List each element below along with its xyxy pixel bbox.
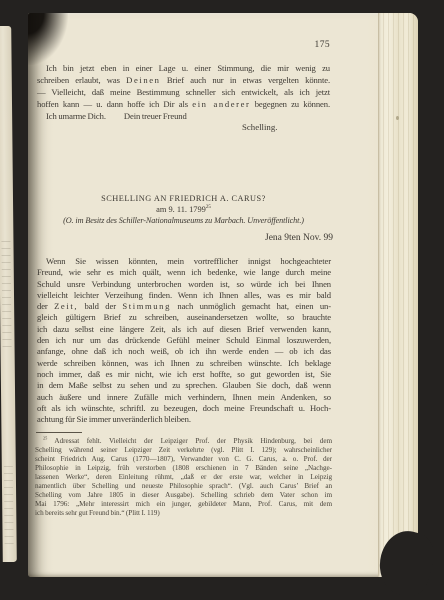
text-line: gleich gültigern Brief zu schreiben, aus… (37, 312, 331, 323)
text-line: den ich nur um das drückende Gefühl mein… (37, 335, 331, 346)
text-line: lassenen Werke“, deren Einleitung rühmt,… (35, 473, 332, 482)
text-segment: der (37, 301, 54, 311)
text-line: 25 Adressat fehlt. Vielleicht der Leipzi… (35, 437, 332, 446)
text-line: Ich bin jetzt eben in einer Lage u. eine… (37, 63, 330, 75)
text-segment: werde schreiben können, was ich Ihnen zu… (37, 358, 331, 368)
letter-body: Wenn Sie wissen könnten, mein vortreffli… (37, 256, 331, 425)
text-segment: ich dazu selbst eine längere Zeit, als i… (37, 324, 331, 334)
text-line: werde schreiben können, was ich Ihnen zu… (37, 358, 331, 369)
letter-heading: SCHELLING AN FRIEDRICH A. CARUS? am 9. 1… (37, 193, 330, 226)
text-line: Ich umarme Dich.Dein treuer Freund (37, 111, 330, 123)
text-line: der Zeit, bald der Stimmung nach unmögli… (37, 301, 331, 312)
text-line: Wenn Sie wissen könnten, mein vortreffli… (37, 256, 331, 267)
text-segment: gleich gültigern Brief zu schreiben, aus… (37, 312, 331, 322)
text-segment: Schuld unsre Verbindung unterbrochen wor… (37, 279, 331, 289)
letterspaced-text: Stimmung (122, 301, 171, 311)
letter-date-text: am 9. 11. 1799 (156, 205, 206, 214)
footnote-rule (36, 432, 82, 433)
text-segment: vielleicht leichter Verzeihung finden. W… (37, 290, 331, 300)
dateline: Jena 9ten Nov. 99 (37, 233, 333, 243)
text-line: ich bereits sehr gut Freund bin.“ (Plitt… (35, 509, 332, 518)
text-line: in dem Maße selbst zu sehen und zu sprec… (37, 380, 331, 391)
letter-title: SCHELLING AN FRIEDRICH A. CARUS? (37, 193, 330, 204)
text-segment: Wenn Sie wissen könnten, mein vortreffli… (46, 256, 331, 266)
text-line: hoffen kann — u. dann hoffe ich Dir als … (37, 99, 330, 111)
text-line: Schelling während seiner Leipziger Zeit … (35, 446, 332, 455)
text-segment: Schelling vom Jahre 1805 in dieser Ausga… (35, 491, 332, 499)
provenance-note: (O. im Besitz des Schiller-Nationalmuseu… (37, 215, 330, 226)
signature: Schelling. (242, 122, 277, 132)
page-fore-edge (378, 13, 418, 577)
text-segment: Ich bin jetzt eben in einer Lage u. eine… (46, 63, 330, 73)
facing-page-edge (0, 26, 17, 562)
letterspaced-text: ein anderer (192, 99, 250, 109)
letterspaced-text: Deinen (126, 75, 160, 85)
text-segment: ich bereits sehr gut Freund bin.“ (Plitt… (35, 509, 160, 517)
text-segment: Adressat fehlt. Vielleicht der Leipziger… (47, 437, 332, 445)
text-segment: lassenen Werke“, deren Einleitung rühmt,… (35, 473, 332, 481)
text-segment: — Vielleicht, daß meine Bestimmung schne… (37, 87, 330, 97)
text-segment: anfange, ohne daß ich noch weiß, ob ich … (37, 346, 331, 356)
text-line: schreiben erlaubt, was Deinen Brief auch… (37, 75, 330, 87)
text-line: Philosophie in Leipzig, früh verstorben … (35, 464, 332, 473)
ghost-text (4, 466, 14, 546)
text-segment: noch immer, daß es mir nicht, wie ich er… (37, 369, 331, 379)
text-line: Freund, wie sehr es mich quält, wenn ich… (37, 267, 331, 278)
text-segment: scheint Friedrich Aug. Carus (1770—1807)… (35, 455, 332, 463)
text-line: achtung für Sie immer unveränderlich ble… (37, 414, 331, 425)
text-segment: Brief auch nur in etwas vergelten könnte… (161, 75, 330, 85)
ghost-text (1, 241, 11, 351)
text-segment: hoffen kann — u. dann hoffe ich Dir als (37, 99, 192, 109)
text-segment: schreiben erlaubt, was (37, 75, 126, 85)
text-segment: bald der (78, 301, 122, 311)
text-segment: in dem Maße selbst zu sehen und zu sprec… (37, 380, 331, 390)
previous-letter-closing: Ich bin jetzt eben in einer Lage u. eine… (37, 63, 330, 123)
text-segment: namentlich über Schelling und neueste Ph… (35, 482, 332, 490)
text-line: vielleicht leichter Verzeihung finden. W… (37, 290, 331, 301)
gutter-shadow (28, 13, 68, 65)
text-line: ich dazu selbst eine längere Zeit, als i… (37, 324, 331, 335)
book-page: 175 Ich bin jetzt eben in einer Lage u. … (28, 13, 418, 577)
letterspaced-text: Zeit, (54, 301, 78, 311)
text-segment: achtung für Sie immer unveränderlich ble… (37, 414, 191, 424)
text-line: scheint Friedrich Aug. Carus (1770—1807)… (35, 455, 332, 464)
footnote: 25 Adressat fehlt. Vielleicht der Leipzi… (35, 437, 332, 518)
page-number: 175 (37, 40, 330, 50)
footnote-reference: 25 (206, 205, 211, 210)
text-line: namentlich über Schelling und neueste Ph… (35, 482, 332, 491)
text-line: oft als ich wünschte, schriftl. zu bezeu… (37, 403, 331, 414)
book-page-scan: 175 Ich bin jetzt eben in einer Lage u. … (0, 0, 444, 600)
text-line: Mai 1796: „Mehr interessirt mich ein jun… (35, 500, 332, 509)
text-line: anfange, ohne daß ich noch weiß, ob ich … (37, 346, 331, 357)
letter-date: am 9. 11. 179925 (37, 204, 330, 215)
text-segment: Dein treuer Freund (124, 111, 187, 121)
text-segment: auch äußere und innere Zufälle mich verh… (37, 392, 331, 402)
text-segment: Freund, wie sehr es mich quält, wenn ich… (37, 267, 331, 277)
text-segment: nach unmöglich gemacht hat, einen un- (171, 301, 331, 311)
text-segment: oft als ich wünschte, schriftl. zu bezeu… (37, 403, 331, 413)
text-segment: Schelling während seiner Leipziger Zeit … (35, 446, 332, 454)
text-segment: begegnen zu können. (250, 99, 330, 109)
text-segment: Philosophie in Leipzig, früh verstorben … (35, 464, 332, 472)
text-line: Schuld unsre Verbindung unterbrochen wor… (37, 279, 331, 290)
text-segment: Ich umarme Dich. (46, 111, 106, 121)
scan-speck (396, 116, 399, 120)
text-line: noch immer, daß es mir nicht, wie ich er… (37, 369, 331, 380)
text-segment: den ich nur um das drückende Gefühl mein… (37, 335, 331, 345)
text-segment: Mai 1796: „Mehr interessirt mich ein jun… (35, 500, 332, 508)
text-line: — Vielleicht, daß meine Bestimmung schne… (37, 87, 330, 99)
text-line: auch äußere und innere Zufälle mich verh… (37, 392, 331, 403)
text-line: Schelling vom Jahre 1805 in dieser Ausga… (35, 491, 332, 500)
